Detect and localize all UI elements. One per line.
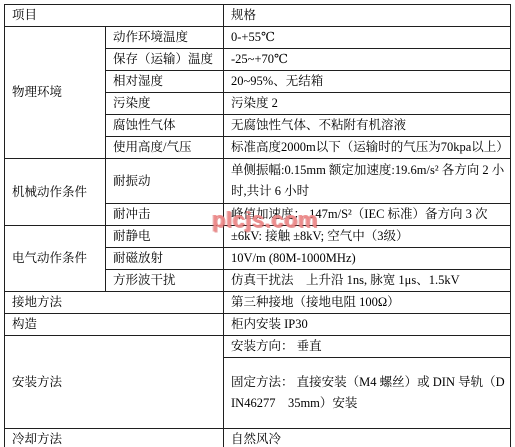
item-label-cell: 保存（运输）温度 [106,49,224,71]
spec-value-cell: 柜内安装 IP30 [224,314,511,336]
header-row: 项目 规格 [5,5,511,27]
spec-value-cell-install-direction: 安装方向： 垂直 [224,336,511,358]
item-label-cell: 使用高度/气压 [106,137,224,159]
table-row: 物理环境 动作环境温度 0-+55℃ [5,27,511,49]
item-label-cell-grounding: 接地方法 [5,292,224,314]
category-cell-electrical-conditions: 电气动作条件 [5,226,106,292]
item-label-cell-installation: 安装方法 [5,336,224,429]
spec-value-cell: 自然风冷 [224,429,511,447]
item-label-cell: 方形波干扰 [106,270,224,292]
spec-table: 项目 规格 物理环境 动作环境温度 0-+55℃ 保存（运输）温度 -25~+7… [4,4,511,447]
item-label-cell: 耐冲击 [106,204,224,226]
spec-value-cell: 单侧振幅:0.15mm 额定加速度:19.6m/s² 各方向 2 小时,共计 6… [224,159,511,204]
table-row: 电气动作条件 耐静电 ±6kV: 接触 ±8kV; 空气中（3级） [5,226,511,248]
spec-value-cell: 污染度 2 [224,93,511,115]
category-cell-physical-environment: 物理环境 [5,27,106,159]
spec-value-cell: 峰值加速度： 147m/S²（IEC 标准）备方向 3 次 [224,204,511,226]
table-row: 机械动作条件 耐振动 单侧振幅:0.15mm 额定加速度:19.6m/s² 各方… [5,159,511,204]
spec-value-cell: 20~95%、无结箱 [224,71,511,93]
header-item-cell: 项目 [5,5,224,27]
spec-value-cell: 第三种接地（接地电阻 100Ω） [224,292,511,314]
spec-value-cell: 仿真干扰法 上升沿 1ns, 脉宽 1μs、1.5kV [224,270,511,292]
item-label-cell: 污染度 [106,93,224,115]
item-label-cell: 动作环境温度 [106,27,224,49]
table-row: 冷却方法 自然风冷 [5,429,511,447]
item-label-cell: 相对湿度 [106,71,224,93]
category-cell-mechanical-conditions: 机械动作条件 [5,159,106,226]
spec-value-cell: ±6kV: 接触 ±8kV; 空气中（3级） [224,226,511,248]
item-label-cell: 耐磁放射 [106,248,224,270]
item-label-cell-construction: 构造 [5,314,224,336]
item-label-cell: 腐蚀性气体 [106,115,224,137]
spec-value-cell: -25~+70℃ [224,49,511,71]
spec-value-cell-fixing-method: 固定方法： 直接安装（M4 螺丝）或 DIN 导轨（DIN46277 35mm）… [224,358,511,429]
item-label-cell: 耐静电 [106,226,224,248]
spec-value-cell: 10V/m (80M-1000MHz) [224,248,511,270]
table-row: 安装方法 安装方向： 垂直 [5,336,511,358]
item-label-cell: 耐振动 [106,159,224,204]
spec-value-cell: 标准高度2000m以下（运输时的气压为70kpa以上） [224,137,511,159]
spec-value-cell: 无腐蚀性气体、不粘附有机溶液 [224,115,511,137]
header-spec-cell: 规格 [224,5,511,27]
table-row: 接地方法 第三种接地（接地电阻 100Ω） [5,292,511,314]
table-row: 构造 柜内安装 IP30 [5,314,511,336]
item-label-cell-cooling: 冷却方法 [5,429,224,447]
spec-value-cell: 0-+55℃ [224,27,511,49]
